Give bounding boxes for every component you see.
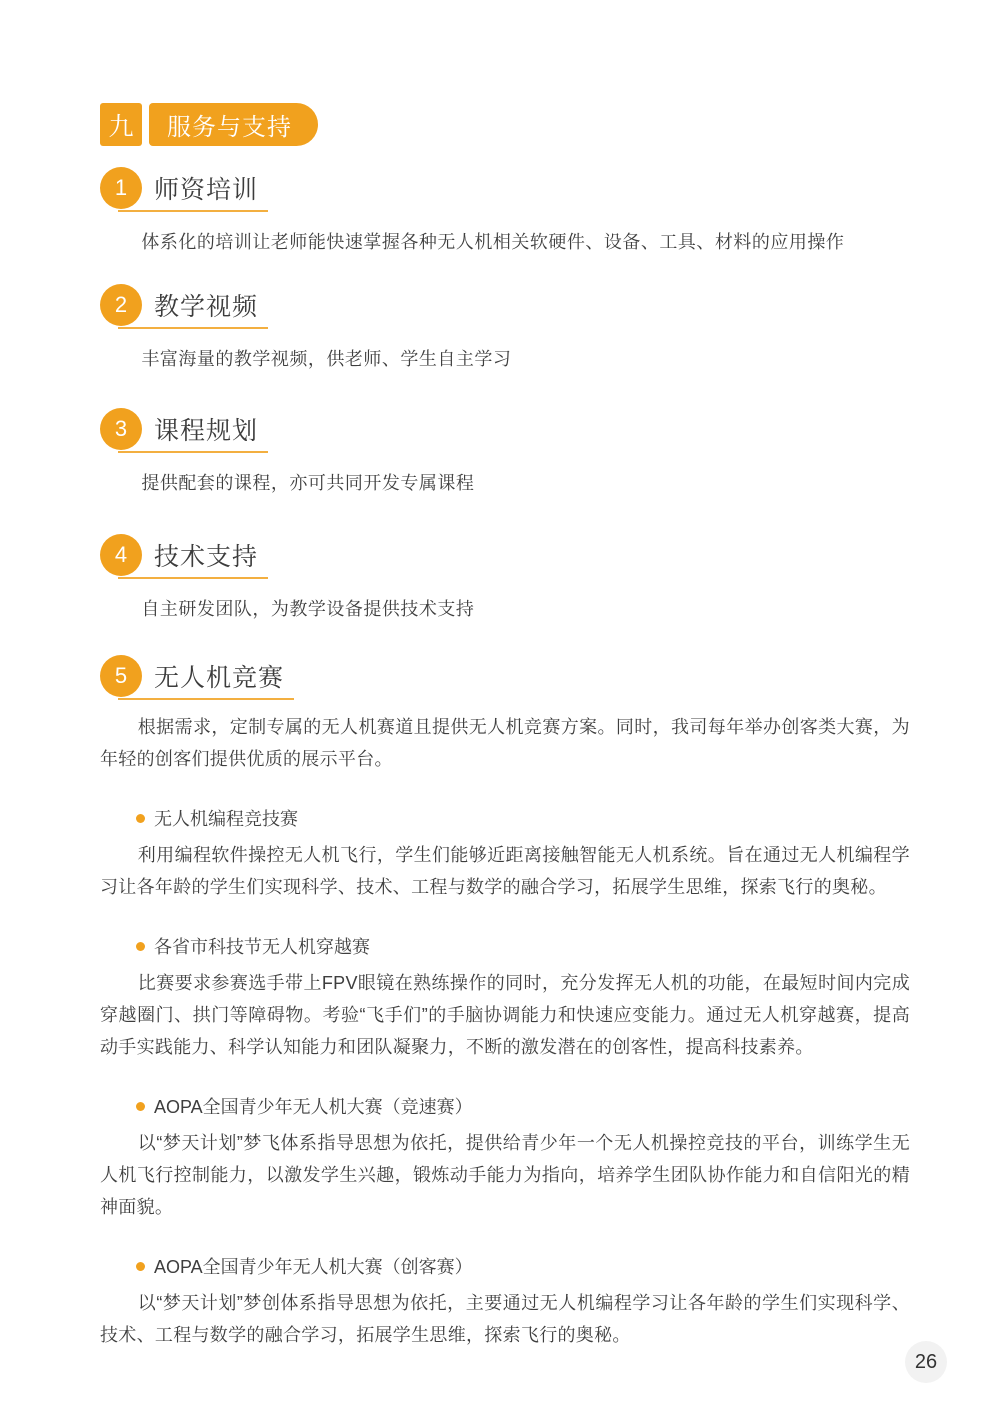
section-teaching-videos: 2 教学视频 丰富海量的教学视频，供老师、学生自主学习: [100, 257, 910, 374]
competition-item-fpv-crossing: 各省市科技节无人机穿越赛 比赛要求参赛选手带上FPV眼镜在熟练操作的同时，充分发…: [100, 933, 910, 1063]
section-4-body: 自主研发团队，为教学设备提供技术支持: [100, 594, 910, 624]
competition-item-title: 各省市科技节无人机穿越赛: [154, 933, 370, 959]
section-technical-support: 4 技术支持 自主研发团队，为教学设备提供技术支持: [100, 498, 910, 624]
bullet-dot-icon: [136, 814, 145, 823]
section-drone-competitions: 5 无人机竞赛 根据需求，定制专属的无人机赛道且提供无人机竞赛方案。同时，我司每…: [100, 624, 910, 1351]
chapter-title-badge: 服务与支持: [149, 103, 318, 146]
section-1-title: 师资培训: [154, 170, 258, 206]
bullet-dot-icon: [136, 942, 145, 951]
competition-item-header: AOPA全国青少年无人机大赛（创客赛）: [100, 1253, 910, 1279]
section-1-underline: [118, 210, 268, 212]
competition-item-header: 无人机编程竞技赛: [100, 805, 910, 831]
section-4-header: 4 技术支持: [100, 534, 258, 576]
section-4-underline: [118, 577, 268, 579]
section-2-number-badge: 2: [100, 284, 142, 326]
page-number-badge: 26: [905, 1341, 947, 1383]
competition-item-body: 以“梦天计划”梦飞体系指导思想为依托，提供给青少年一个无人机操控竞技的平台，训练…: [100, 1127, 910, 1223]
section-2-title: 教学视频: [154, 287, 258, 323]
section-2-header: 2 教学视频: [100, 284, 258, 326]
bullet-dot-icon: [136, 1102, 145, 1111]
section-1-header: 1 师资培训: [100, 167, 258, 209]
chapter-header: 九 服务与支持: [100, 103, 910, 146]
competition-item-aopa-maker: AOPA全国青少年无人机大赛（创客赛） 以“梦天计划”梦创体系指导思想为依托，主…: [100, 1253, 910, 1351]
section-3-underline: [118, 451, 268, 453]
page-number: 26: [915, 1351, 937, 1374]
section-curriculum-planning: 3 课程规划 提供配套的课程，亦可共同开发专属课程: [100, 374, 910, 498]
competition-item-title: AOPA全国青少年无人机大赛（竞速赛）: [154, 1093, 473, 1119]
section-1-body: 体系化的培训让老师能快速掌握各种无人机相关软硬件、设备、工具、材料的应用操作: [100, 227, 910, 257]
competition-item-header: 各省市科技节无人机穿越赛: [100, 933, 910, 959]
document-page: 九 服务与支持 1 师资培训 体系化的培训让老师能快速掌握各种无人机相关软硬件、…: [0, 0, 1000, 1414]
section-5-number-badge: 5: [100, 655, 142, 697]
section-5-title: 无人机竞赛: [154, 658, 284, 694]
section-3-title: 课程规划: [154, 411, 258, 447]
competition-item-body: 比赛要求参赛选手带上FPV眼镜在熟练操作的同时，充分发挥无人机的功能，在最短时间…: [100, 967, 910, 1063]
competition-item-header: AOPA全国青少年无人机大赛（竞速赛）: [100, 1093, 910, 1119]
section-4-number-badge: 4: [100, 534, 142, 576]
section-3-number-badge: 3: [100, 408, 142, 450]
section-5-underline: [118, 698, 294, 700]
section-5-header: 5 无人机竞赛: [100, 655, 284, 697]
section-teacher-training: 1 师资培训 体系化的培训让老师能快速掌握各种无人机相关软硬件、设备、工具、材料…: [100, 146, 910, 257]
competition-item-title: AOPA全国青少年无人机大赛（创客赛）: [154, 1253, 473, 1279]
competition-item-programming: 无人机编程竞技赛 利用编程软件操控无人机飞行，学生们能够近距离接触智能无人机系统…: [100, 805, 910, 903]
section-4-title: 技术支持: [154, 537, 258, 573]
section-5-intro: 根据需求，定制专属的无人机赛道且提供无人机竞赛方案。同时，我司每年举办创客类大赛…: [100, 711, 910, 775]
competition-item-body: 利用编程软件操控无人机飞行，学生们能够近距离接触智能无人机系统。旨在通过无人机编…: [100, 839, 910, 903]
bullet-dot-icon: [136, 1262, 145, 1271]
section-1-number-badge: 1: [100, 167, 142, 209]
chapter-number-badge: 九: [100, 103, 142, 146]
section-2-underline: [118, 327, 268, 329]
section-3-body: 提供配套的课程，亦可共同开发专属课程: [100, 468, 910, 498]
competition-item-body: 以“梦天计划”梦创体系指导思想为依托，主要通过无人机编程学习让各年龄的学生们实现…: [100, 1287, 910, 1351]
section-2-body: 丰富海量的教学视频，供老师、学生自主学习: [100, 344, 910, 374]
competition-item-aopa-racing: AOPA全国青少年无人机大赛（竞速赛） 以“梦天计划”梦飞体系指导思想为依托，提…: [100, 1093, 910, 1223]
competition-item-title: 无人机编程竞技赛: [154, 805, 298, 831]
section-3-header: 3 课程规划: [100, 408, 258, 450]
